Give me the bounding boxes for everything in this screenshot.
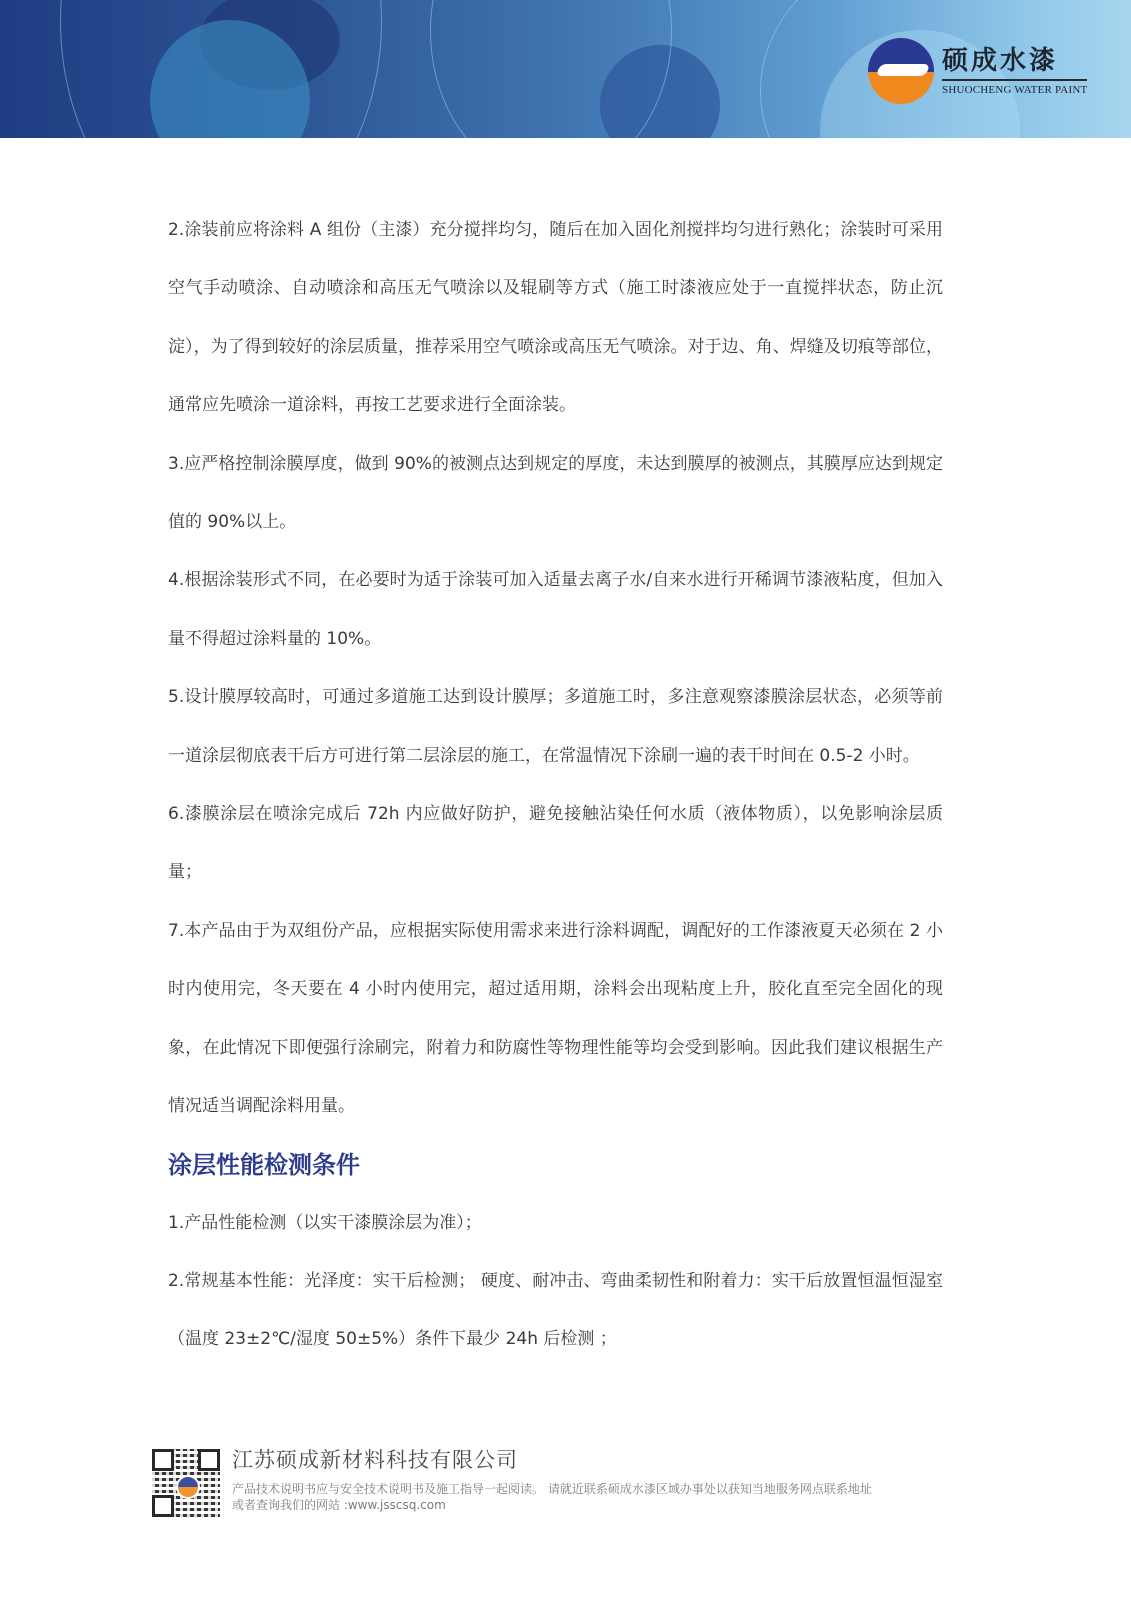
brand-logo: 硕成水漆 SHUOCHENG WATER PAINT (868, 38, 1087, 104)
paragraph-item-7: 7.本产品由于为双组份产品，应根据实际使用需求来进行涂料调配，调配好的工作漆液夏… (168, 902, 943, 1136)
footer-note: 产品技术说明书应与安全技术说明书及施工指导一起阅读。 请就近联系硕成水漆区域办事… (232, 1481, 952, 1513)
paragraph-item-6: 6.漆膜涂层在喷涂完成后 72h 内应做好防护，避免接触沾染任何水质（液体物质）… (168, 785, 943, 902)
paragraph-item-3: 3.应严格控制涂膜厚度，做到 90%的被测点达到规定的厚度，未达到膜厚的被测点，… (168, 435, 943, 552)
banner-ring (430, 0, 672, 138)
banner-ring (60, 0, 382, 138)
logo-name-cn: 硕成水漆 (942, 46, 1087, 81)
company-name: 江苏硕成新材料科技有限公司 (232, 1444, 518, 1474)
logo-s-icon (868, 38, 934, 104)
paragraph-item-4: 4.根据涂装形式不同，在必要时为适于涂装可加入适量去离子水/自来水进行开稀调节漆… (168, 551, 943, 668)
logo-name-en: SHUOCHENG WATER PAINT (942, 84, 1087, 96)
footer-note-line1: 产品技术说明书应与安全技术说明书及施工指导一起阅读。 请就近联系硕成水漆区域办事… (232, 1481, 952, 1497)
page-footer: 江苏硕成新材料科技有限公司 产品技术说明书应与安全技术说明书及施工指导一起阅读。… (152, 1447, 952, 1527)
header-banner: 硕成水漆 SHUOCHENG WATER PAINT (0, 0, 1131, 138)
test-condition-2: 2.常规基本性能：光泽度：实干后检测； 硬度、耐冲击、弯曲柔韧性和附着力：实干后… (168, 1252, 943, 1369)
test-condition-1: 1.产品性能检测（以实干漆膜涂层为准）； (168, 1194, 943, 1252)
section-heading: 涂层性能检测条件 (168, 1136, 943, 1194)
qr-code-icon (152, 1449, 220, 1517)
paragraph-item-5: 5.设计膜厚较高时，可通过多道施工达到设计膜厚；多道施工时，多注意观察漆膜涂层状… (168, 668, 943, 785)
document-body: 2.涂装前应将涂料 A 组份（主漆）充分搅拌均匀，随后在加入固化剂搅拌均匀进行熟… (168, 201, 943, 1369)
footer-website: 或者查询我们的网站 :www.jsscsq.com (232, 1497, 952, 1513)
qr-logo-icon (176, 1475, 200, 1499)
paragraph-item-2: 2.涂装前应将涂料 A 组份（主漆）充分搅拌均匀，随后在加入固化剂搅拌均匀进行熟… (168, 201, 943, 435)
